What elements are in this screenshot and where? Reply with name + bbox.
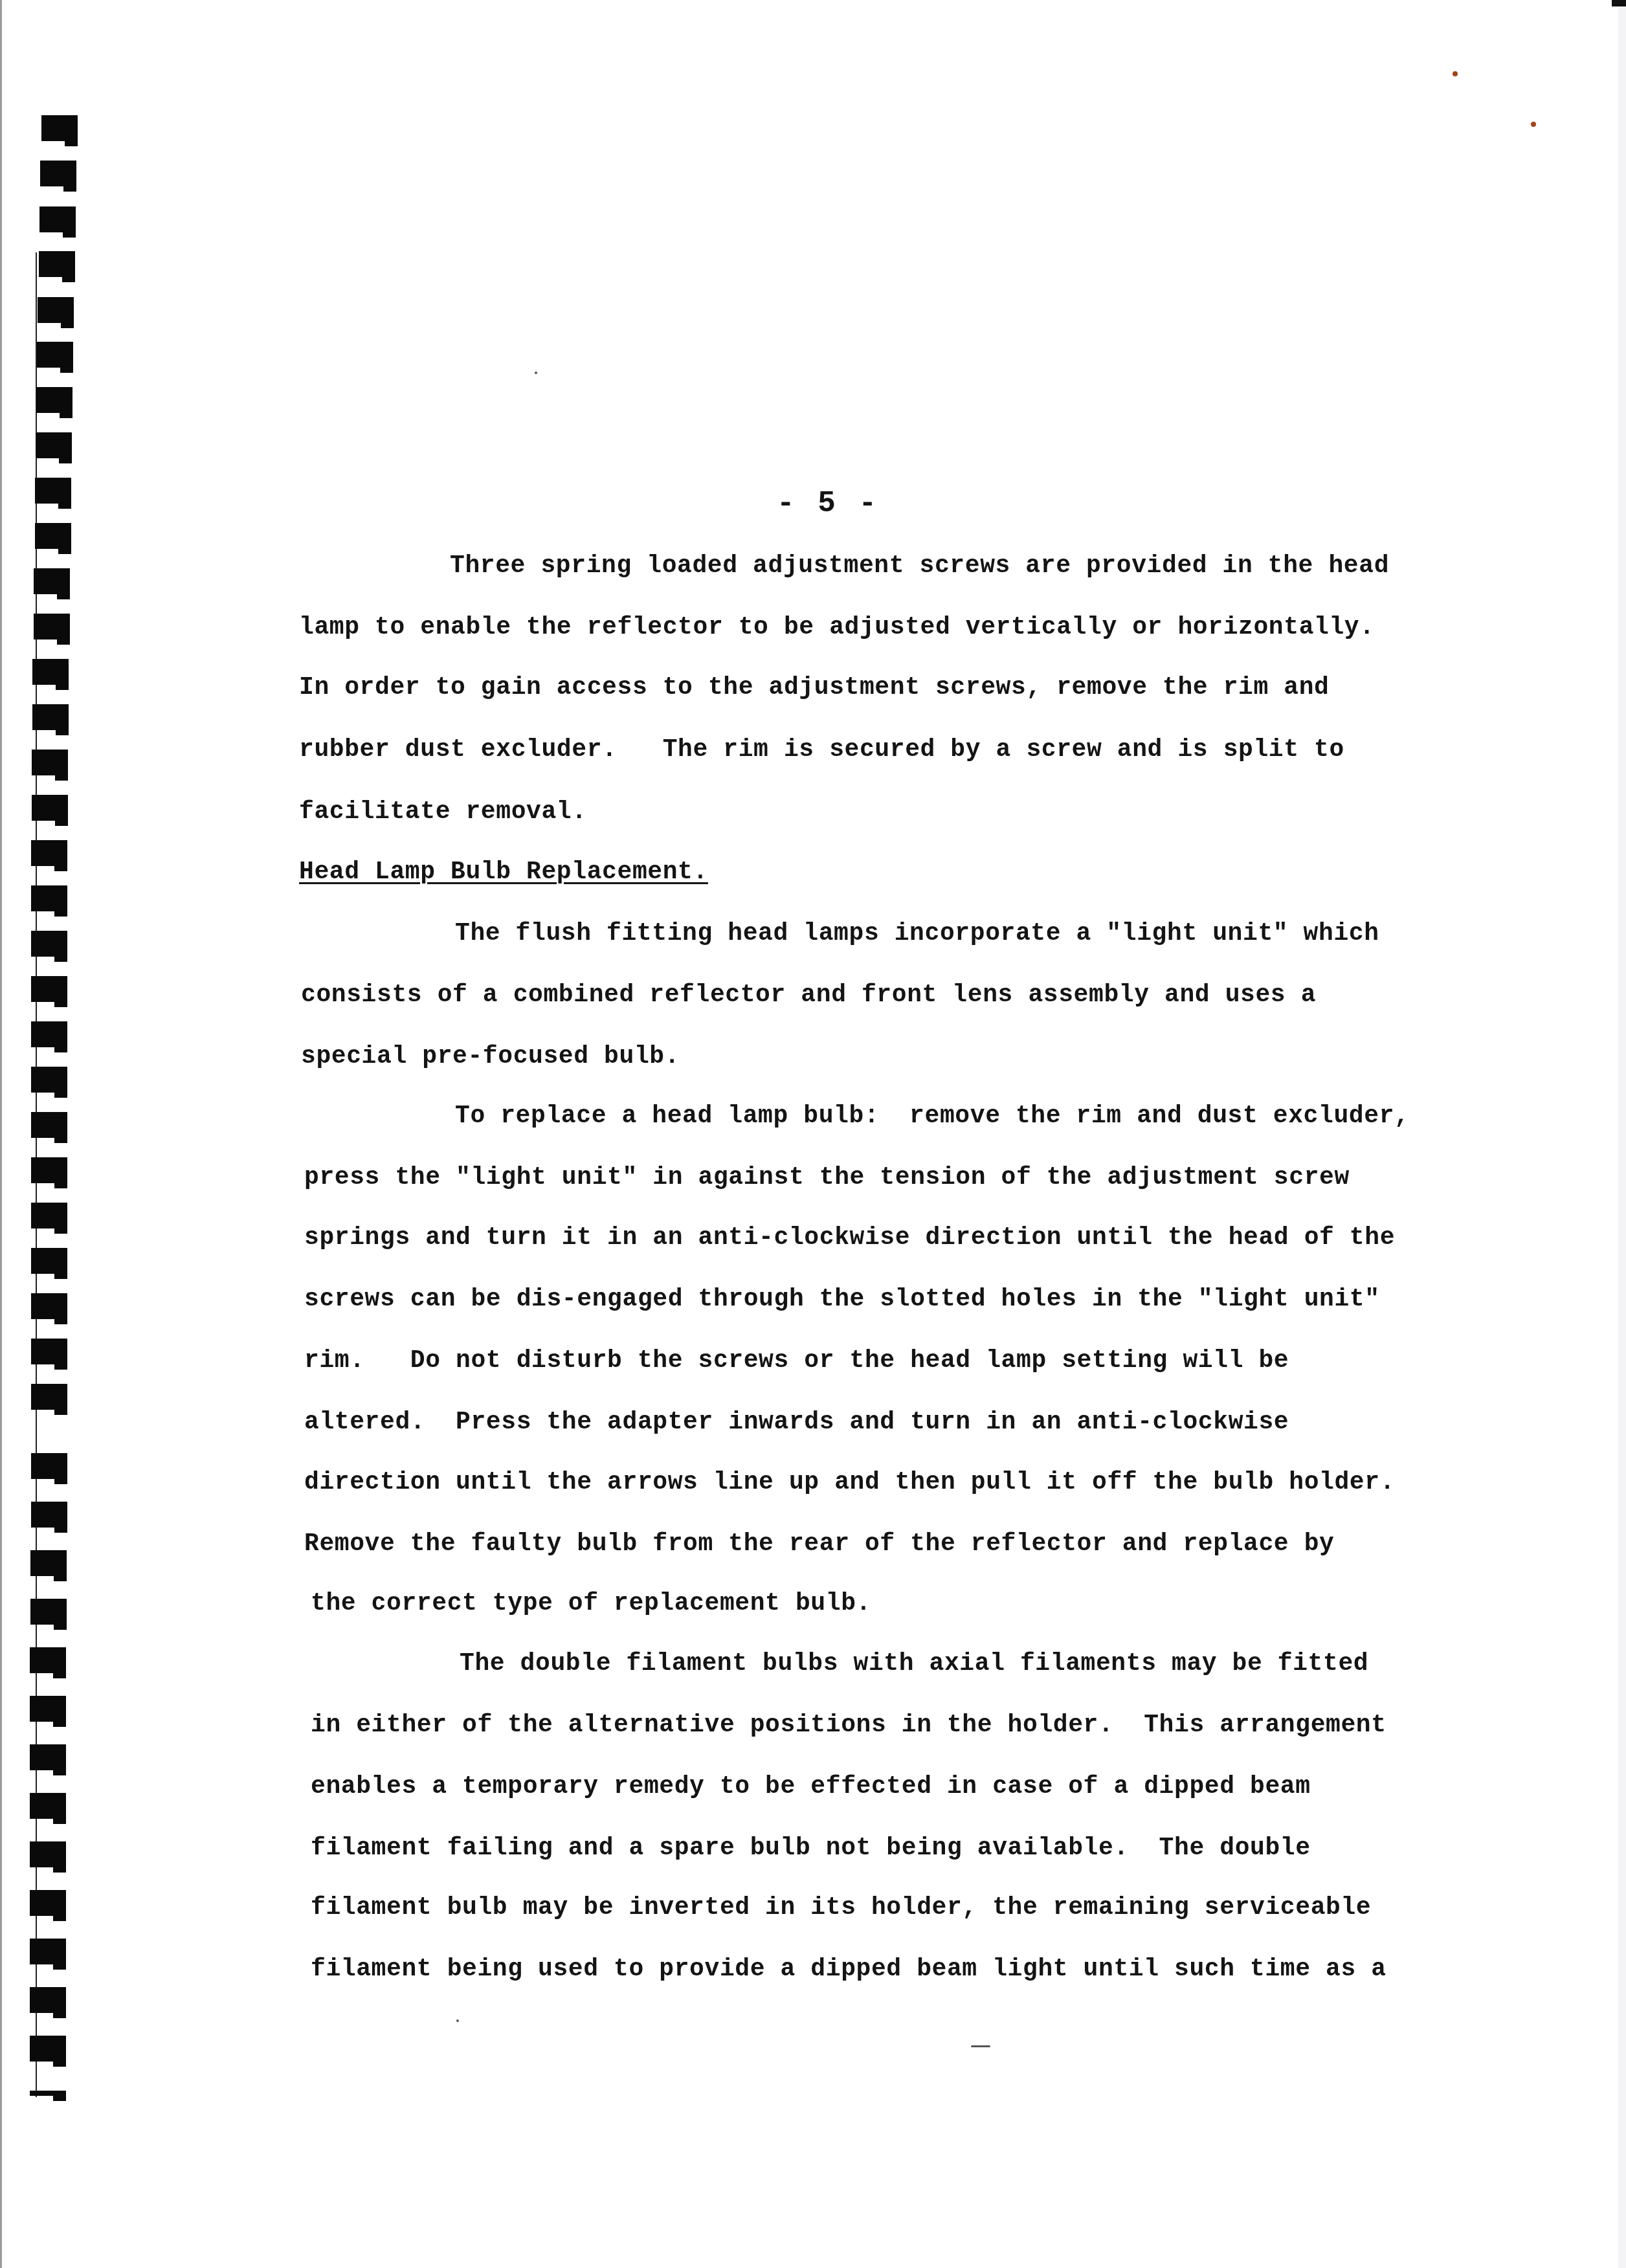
page-number: - 5 -: [777, 487, 879, 520]
text-line: consists of a combined reflector and fro…: [301, 981, 1316, 1010]
text-line: rubber dust excluder. The rim is secured…: [299, 735, 1344, 765]
binding-hole: [31, 1067, 67, 1093]
binding-hole: [30, 1550, 67, 1576]
binding-hole: [36, 432, 72, 458]
binding-hole: [31, 1502, 67, 1528]
binding-hole: [41, 115, 78, 141]
rust-spot: [1453, 71, 1458, 76]
text-line: filament bulb may be inverted in its hol…: [311, 1893, 1371, 1923]
binding-hole: [32, 795, 68, 821]
binding-hole: [30, 1599, 67, 1625]
binding-hole: [35, 523, 71, 549]
text-line: In order to gain access to the adjustmen…: [299, 673, 1329, 703]
binding-hole: [30, 1647, 66, 1673]
binding-hole: [31, 1112, 67, 1138]
rust-spot: [1531, 122, 1536, 127]
binding-hole: [39, 251, 75, 277]
text-line: The double filament bulbs with axial fil…: [460, 1649, 1368, 1679]
binding-hole: [30, 1890, 66, 1916]
binding-hole: [31, 840, 67, 866]
binding-hole: [30, 1939, 66, 1964]
binding-holes-strip: [0, 0, 91, 2268]
binding-hole: [35, 478, 71, 504]
text-line: filament being used to provide a dipped …: [311, 1955, 1387, 1984]
binding-hole: [38, 297, 74, 323]
binding-hole: [30, 1841, 66, 1867]
binding-hole: [39, 206, 76, 232]
binding-hole: [36, 387, 72, 413]
text-line: facilitate removal.: [299, 797, 587, 827]
text-line: in either of the alternative positions i…: [311, 1711, 1387, 1740]
text-line: filament failing and a spare bulb not be…: [311, 1834, 1311, 1863]
binding-hole: [31, 1384, 67, 1410]
binding-hole: [31, 1293, 67, 1319]
text-line: special pre-focused bulb.: [301, 1042, 680, 1072]
text-line: lamp to enable the reflector to be adjus…: [299, 613, 1375, 643]
paper-mark: [971, 2045, 990, 2047]
binding-hole: [32, 750, 68, 775]
binding-hole: [31, 1157, 67, 1183]
corner-mark: [1612, 0, 1626, 6]
text-line: enables a temporary remedy to be effecte…: [311, 1772, 1311, 1802]
binding-hole: [30, 2036, 66, 2062]
binding-hole: [31, 931, 67, 957]
text-line: direction until the arrows line up and t…: [304, 1468, 1395, 1498]
binding-hole: [31, 1021, 67, 1047]
binding-hole: [31, 1339, 67, 1364]
paper-speck: [456, 2019, 459, 2022]
binding-hole: [31, 1203, 67, 1228]
text-line: screws can be dis-engaged through the sl…: [304, 1285, 1380, 1315]
binding-hole: [30, 1696, 66, 1722]
section-heading: Head Lamp Bulb Replacement.: [299, 858, 708, 887]
text-line: press the "light unit" in against the te…: [304, 1163, 1350, 1193]
text-line: Remove the faulty bulb from the rear of …: [304, 1529, 1334, 1559]
binding-hole: [34, 568, 70, 594]
binding-hole: [30, 1793, 66, 1819]
binding-hole: [30, 1987, 66, 2013]
binding-hole: [32, 659, 69, 685]
text-line: springs and turn it in an anti-clockwise…: [304, 1223, 1395, 1253]
binding-hole: [34, 614, 70, 639]
binding-hole: [31, 976, 67, 1002]
text-line: To replace a head lamp bulb: remove the …: [455, 1102, 1409, 1131]
text-line: rim. Do not disturb the screws or the he…: [304, 1346, 1289, 1376]
binding-hole: [37, 342, 73, 368]
text-line: The flush fitting head lamps incorporate…: [455, 919, 1379, 949]
paper-speck: [535, 372, 537, 374]
page-edge-right: [1618, 0, 1626, 2268]
binding-hole: [40, 161, 76, 186]
binding-hole: [31, 1248, 67, 1274]
text-line: Three spring loaded adjustment screws ar…: [450, 551, 1389, 581]
binding-hole: [30, 1744, 66, 1770]
binding-hole: [31, 1453, 67, 1479]
binding-hole: [30, 2091, 66, 2096]
text-line: the correct type of replacement bulb.: [311, 1589, 871, 1619]
binding-hole: [32, 704, 69, 730]
binding-hole: [31, 885, 67, 911]
text-line: altered. Press the adapter inwards and t…: [304, 1408, 1289, 1438]
